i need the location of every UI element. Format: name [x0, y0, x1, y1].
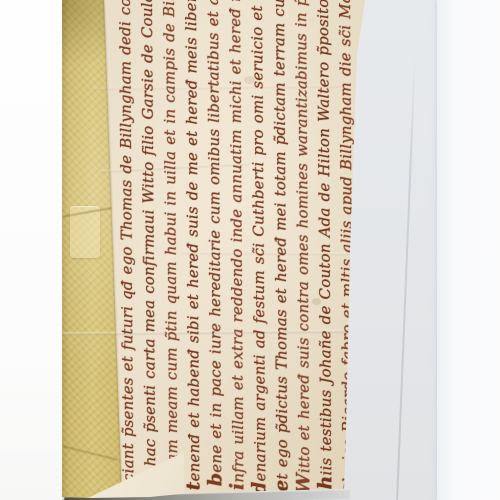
photo-frame: Sciant p̃sentes et futuri qđ ego Thomas … [0, 0, 500, 500]
manuscript-text-block: Sciant p̃sentes et futuri qđ ego Thomas … [113, 4, 355, 496]
backdrop-white-panel [437, 0, 500, 500]
fold-band-crease [63, 445, 118, 460]
parchment-document: Sciant p̃sentes et futuri qđ ego Thomas … [62, 0, 365, 500]
manuscript-text-rotated: Sciant p̃sentes et futuri qđ ego Thomas … [113, 2, 358, 496]
left-white-margin-strip [0, 0, 62, 500]
